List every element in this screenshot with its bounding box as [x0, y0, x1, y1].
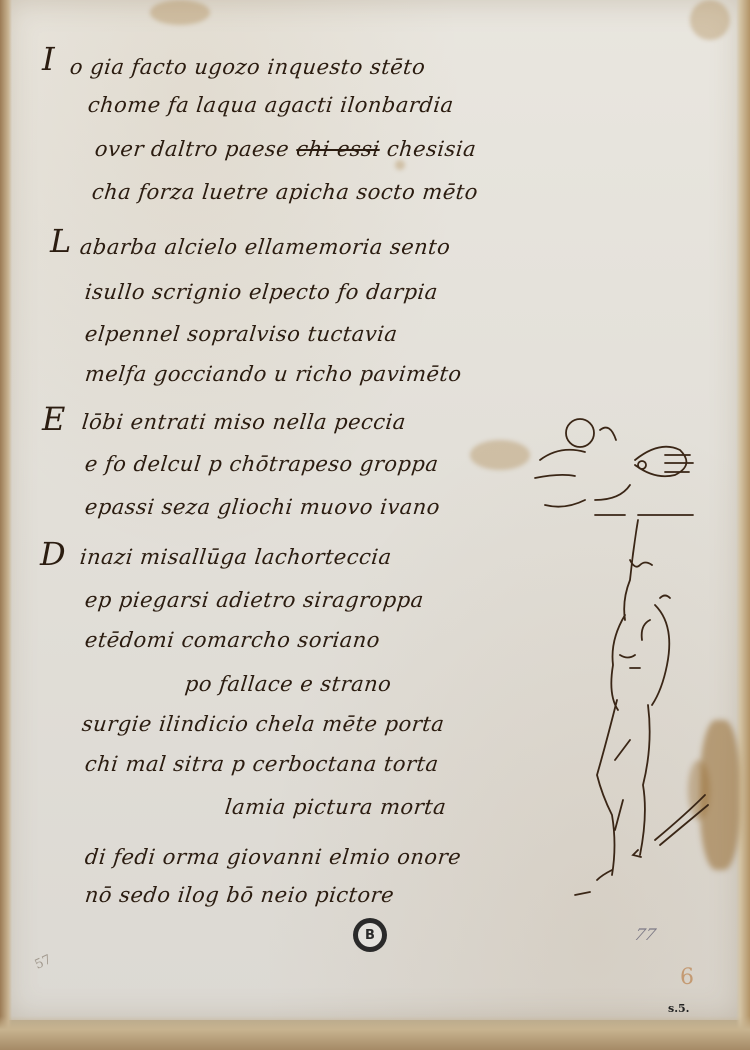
verse-line: nō sedo ilog bō neio pictore	[84, 883, 396, 907]
verse-line: inazi misallūga lachorteccia	[79, 545, 393, 569]
shelfmark: s.5.	[668, 1002, 690, 1015]
verse-line: surgie ilindicio chela mēte porta	[81, 712, 446, 736]
verse-text: over daltro paese	[94, 137, 291, 161]
verse-line: chi mal sitra p cerboctana torta	[84, 752, 440, 776]
verse-line: melfa gocciando u richo pavimēto	[84, 362, 463, 386]
verse-line: chome fa laqua agacti ilonbardia	[87, 93, 455, 117]
stamp-label: B	[358, 923, 382, 947]
verse-line: di fedi orma giovanni elmio onore	[84, 845, 463, 869]
verse-line: isullo scrignio elpecto fo darpia	[84, 280, 439, 304]
verse-line: etēdomi comarcho soriano	[84, 628, 382, 652]
initial-letter: D	[40, 535, 66, 573]
verse-line: elpennel sopralviso tuctavia	[84, 322, 399, 346]
verse-line: cha forza luetre apicha socto mēto	[91, 180, 479, 204]
paper-left-edge	[0, 0, 12, 1050]
foxing-spot	[395, 160, 405, 170]
verse-line: over daltro paese chi essi chesisia	[94, 137, 478, 161]
initial-letter: L	[50, 222, 71, 260]
struck-text: chi essi	[295, 137, 381, 161]
verse-line: lamia pictura morta	[224, 795, 448, 819]
paper-bottom-edge	[0, 1016, 750, 1050]
initial-letter: I	[42, 40, 55, 78]
verse-line: lōbi entrati miso nella peccia	[81, 410, 407, 434]
verse-text: chesisia	[386, 137, 478, 161]
verse-line: e fo delcul p chōtrapeso groppa	[84, 452, 440, 476]
red-number: 6	[680, 965, 694, 990]
foxing-spot	[690, 0, 730, 40]
verse-line: abarba alcielo ellamemoria sento	[79, 235, 452, 259]
verse-line: ep piegarsi adietro siragroppa	[84, 588, 425, 612]
figure-sketch-icon	[520, 400, 750, 920]
library-stamp-icon: B	[353, 918, 387, 952]
initial-letter: E	[42, 400, 65, 438]
verse-line: epassi seza gliochi muovo ivano	[84, 495, 442, 519]
foxing-spot	[150, 0, 210, 25]
verse-line: po fallace e strano	[184, 672, 393, 696]
verse-line: o gia facto ugozo inquesto stēto	[69, 55, 427, 79]
